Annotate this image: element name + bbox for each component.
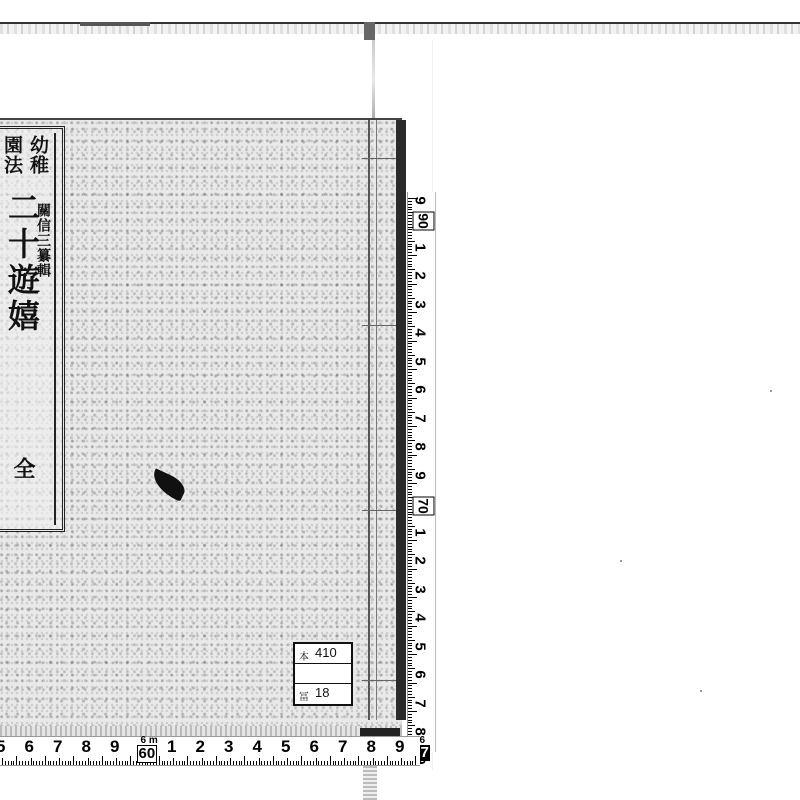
- ruler-tick: [107, 761, 108, 765]
- ruler-tick: [68, 761, 69, 765]
- ruler-tick: [281, 761, 282, 765]
- ruler-tick: [250, 761, 251, 765]
- ruler-tick: [221, 761, 222, 765]
- ruler-tick: [408, 292, 412, 293]
- ruler-tick: [179, 761, 180, 765]
- ruler-tick: [324, 761, 325, 765]
- title-subtitle-right: 幼稚: [28, 135, 47, 175]
- ruler-number: 7: [338, 737, 347, 757]
- ruler-tick: [408, 725, 415, 726]
- ruler-tick: [113, 761, 114, 765]
- ruler-tick: [355, 761, 356, 765]
- ruler-tick: [344, 758, 345, 765]
- ruler-tick: [253, 761, 254, 765]
- ruler-tick: [278, 761, 279, 765]
- ruler-number: 4: [412, 328, 429, 336]
- ruler-tick: [333, 761, 334, 765]
- ruler-tick: [116, 758, 117, 765]
- ruler-tick: [408, 440, 415, 441]
- ruler-tick: [207, 761, 208, 765]
- ruler-tick: [408, 537, 412, 538]
- ruler-tick: [408, 654, 417, 655]
- ruler-number: 3: [412, 585, 429, 593]
- ruler-tick: [408, 549, 412, 550]
- ruler-number: 7: [412, 414, 429, 422]
- ruler-tick: [2, 758, 3, 765]
- ruler-tick: [408, 269, 415, 270]
- ruler-tick: [408, 298, 415, 299]
- binding-stitch: [362, 325, 398, 326]
- ruler-meter-box: 70: [413, 497, 435, 516]
- ruler-tick: [298, 761, 299, 765]
- ruler-tick: [408, 520, 412, 521]
- binding-line: [368, 120, 370, 720]
- ruler-number: 1: [167, 737, 176, 757]
- ruler-tick: [408, 241, 415, 242]
- ruler-tick: [408, 284, 417, 285]
- ruler-tick: [133, 761, 134, 765]
- ruler-tick: [412, 761, 413, 765]
- ruler-tick: [199, 761, 200, 765]
- ruler-tick: [415, 756, 416, 765]
- binding-stitch: [362, 158, 398, 159]
- ruler-tick: [239, 761, 240, 765]
- ruler-number: 9: [110, 737, 119, 757]
- ruler-tick: [408, 232, 412, 233]
- ruler-tick: [22, 761, 23, 765]
- ruler-tick: [159, 756, 160, 765]
- ruler-tick: [216, 756, 217, 765]
- ruler-tick: [408, 500, 412, 501]
- ruler-tick: [408, 238, 412, 239]
- ruler-tick: [408, 546, 412, 547]
- ruler-tick: [408, 668, 415, 669]
- ruler-tick: [408, 423, 412, 424]
- ruler-tick: [105, 761, 106, 765]
- ruler-tick: [408, 372, 412, 373]
- ruler-number: 2: [412, 556, 429, 564]
- ruler-tick: [408, 569, 417, 570]
- label-border-line: [54, 133, 56, 525]
- ruler-tick: [408, 594, 412, 595]
- ruler-tick: [408, 323, 412, 324]
- ruler-tick: [316, 758, 317, 765]
- stamp-value: 410: [315, 645, 337, 660]
- ruler-tick: [267, 761, 268, 765]
- cover-bottom-edge: [0, 726, 402, 736]
- ruler-tick: [408, 503, 412, 504]
- ruler-tick: [350, 761, 351, 765]
- ruler-tick: [264, 761, 265, 765]
- ruler-number: 6: [412, 670, 429, 678]
- ruler-tick: [408, 457, 412, 458]
- ruler-number: 4: [253, 737, 262, 757]
- ruler-tick: [50, 761, 51, 765]
- scan-speck: [770, 390, 772, 392]
- ruler-tick: [410, 761, 411, 765]
- ruler-tick: [408, 235, 412, 236]
- ruler-tick: [56, 761, 57, 765]
- ruler-tick: [408, 543, 412, 544]
- ruler-tick: [82, 761, 83, 765]
- ruler-number: 1: [412, 528, 429, 536]
- ruler-tick: [204, 761, 205, 765]
- ruler-tick: [392, 761, 393, 765]
- ruler-tick: [408, 343, 412, 344]
- ruler-tick: [408, 492, 412, 493]
- ruler-tick: [219, 761, 220, 765]
- ruler-tick: [102, 756, 103, 765]
- ruler-tick: [170, 761, 171, 765]
- ruler-tick: [408, 583, 415, 584]
- ruler-tick: [408, 651, 412, 652]
- ruler-tick: [408, 318, 412, 319]
- ruler-tick: [341, 761, 342, 765]
- ruler-tick: [318, 761, 319, 765]
- ruler-number: 1: [412, 243, 429, 251]
- ruler-tick: [270, 761, 271, 765]
- ruler-tick: [42, 761, 43, 765]
- ruler-tick: [408, 657, 412, 658]
- ruler-tick: [330, 756, 331, 765]
- ruler-number: 9: [412, 471, 429, 479]
- stamp-row-2: [295, 664, 351, 684]
- ruler-tick: [408, 665, 412, 666]
- ruler-tick: [335, 761, 336, 765]
- ruler-tick: [259, 758, 260, 765]
- binding-stitch: [362, 680, 398, 681]
- ruler-tick: [28, 761, 29, 765]
- ruler-tick: [85, 761, 86, 765]
- ruler-tick: [408, 580, 412, 581]
- ruler-tick: [8, 761, 9, 765]
- ruler-tick: [230, 758, 231, 765]
- ruler-tick: [190, 761, 191, 765]
- ruler-tick: [408, 366, 412, 367]
- ruler-tick: [408, 380, 412, 381]
- ruler-tick: [233, 761, 234, 765]
- ruler-tick: [408, 403, 412, 404]
- ruler-tick: [408, 395, 412, 396]
- ruler-tick: [70, 761, 71, 765]
- stamp-row-1: 本 410: [295, 644, 351, 664]
- ruler-tick: [408, 437, 412, 438]
- bottom-tab: [360, 728, 400, 736]
- ruler-tick: [16, 756, 17, 765]
- ruler-tick: [358, 756, 359, 765]
- ruler-tick: [408, 600, 412, 601]
- ruler-tick: [408, 685, 412, 686]
- ruler-tick: [202, 758, 203, 765]
- ruler-tick: [293, 761, 294, 765]
- ruler-number: 6: [25, 737, 34, 757]
- clip-line: [372, 40, 375, 120]
- ruler-tick: [45, 756, 46, 765]
- ruler-tick: [408, 355, 415, 356]
- ruler-tick: [408, 452, 412, 453]
- ruler-tick: [408, 714, 412, 715]
- ruler-tick: [408, 640, 415, 641]
- ruler-number: 6: [310, 737, 319, 757]
- ruler-tick: [408, 711, 417, 712]
- ruler-tick: [408, 341, 417, 342]
- ruler-tick: [227, 761, 228, 765]
- ruler-tick: [90, 761, 91, 765]
- ruler-tick: [408, 611, 415, 612]
- ruler-tick: [122, 761, 123, 765]
- scan-speck: [620, 560, 622, 562]
- ruler-tick: [88, 758, 89, 765]
- ruler-tick: [408, 717, 412, 718]
- ruler-tick: [408, 281, 412, 282]
- ruler-tick: [119, 761, 120, 765]
- ruler-tick: [304, 761, 305, 765]
- ruler-tick: [408, 321, 412, 322]
- ruler-tick: [127, 761, 128, 765]
- ruler-tick: [408, 466, 412, 467]
- ruler-tick: [408, 608, 412, 609]
- ruler-tick: [290, 761, 291, 765]
- ruler-tick: [173, 758, 174, 765]
- ruler-tick: [73, 756, 74, 765]
- ruler-tick: [408, 494, 412, 495]
- horizontal-ruler: 567896 m6012345678967: [0, 736, 420, 766]
- ruler-tick: [408, 628, 412, 629]
- ruler-tick: [276, 761, 277, 765]
- ruler-number: 5: [0, 737, 5, 757]
- ruler-tick: [79, 761, 80, 765]
- ruler-tick: [384, 761, 385, 765]
- ruler-tick: [287, 758, 288, 765]
- ruler-tick: [110, 761, 111, 765]
- ruler-tick: [408, 215, 412, 216]
- ruler-meter-box: 7: [420, 745, 430, 761]
- ruler-tick: [408, 483, 417, 484]
- library-stamp: 本 410 冨 18: [293, 642, 353, 706]
- ruler-tick: [408, 338, 412, 339]
- ruler-tick: [407, 761, 408, 765]
- ruler-tick: [408, 688, 412, 689]
- ruler-tick: [390, 761, 391, 765]
- ruler-tick: [408, 264, 412, 265]
- ruler-meter-box: 90: [413, 212, 435, 231]
- vertical-ruler: 99012345678970123456789: [407, 192, 436, 752]
- ruler-number: 9: [412, 196, 429, 204]
- ruler-tick: [408, 261, 412, 262]
- ruler-tick: [36, 761, 37, 765]
- ruler-tick: [408, 295, 412, 296]
- ruler-tick: [193, 761, 194, 765]
- ruler-tick: [408, 489, 412, 490]
- ruler-tick: [48, 761, 49, 765]
- ruler-number: 5: [281, 737, 290, 757]
- ruler-tick: [408, 229, 412, 230]
- ruler-tick: [408, 252, 412, 253]
- ruler-tick: [408, 603, 412, 604]
- ruler-tick: [408, 346, 412, 347]
- ruler-tick: [408, 722, 412, 723]
- bottom-clip-stub: [363, 765, 377, 800]
- ruler-tick: [408, 400, 412, 401]
- ruler-tick: [408, 266, 412, 267]
- ruler-tick: [408, 509, 412, 510]
- ruler-tick: [296, 761, 297, 765]
- ruler-tick: [273, 756, 274, 765]
- ruler-tick: [241, 761, 242, 765]
- ruler-tick: [408, 455, 417, 456]
- ruler-number: 5: [412, 642, 429, 650]
- ruler-tick: [408, 289, 412, 290]
- stamp-row-3: 冨 18: [295, 684, 351, 703]
- stamp-value: 18: [315, 685, 329, 700]
- ruler-tick: [408, 486, 412, 487]
- ruler-tick: [408, 286, 412, 287]
- ruler-tick: [5, 761, 6, 765]
- ruler-tick: [93, 761, 94, 765]
- ruler-tick: [261, 761, 262, 765]
- ruler-tick: [130, 756, 131, 765]
- ruler-tick: [301, 756, 302, 765]
- ruler-tick: [408, 623, 412, 624]
- ruler-tick: [408, 694, 412, 695]
- ruler-tick: [408, 258, 412, 259]
- ruler-tick: [408, 708, 412, 709]
- ruler-meter-box: 60: [137, 745, 158, 763]
- ruler-tick: [11, 761, 12, 765]
- ruler-number: 8: [367, 737, 376, 757]
- ruler-tick: [408, 312, 417, 313]
- ruler-tick: [213, 761, 214, 765]
- ruler-tick: [162, 761, 163, 765]
- ruler-tick: [408, 326, 415, 327]
- ruler-number: 4: [412, 613, 429, 621]
- ruler-tick: [408, 551, 412, 552]
- ruler-number: 2: [196, 737, 205, 757]
- ruler-tick: [210, 761, 211, 765]
- ruler-tick: [408, 597, 417, 598]
- ruler-tick: [31, 758, 32, 765]
- ruler-number: 9: [395, 737, 404, 757]
- ruler-tick: [408, 517, 412, 518]
- ruler-tick: [408, 523, 412, 524]
- ruler-tick: [373, 758, 374, 765]
- binding-line: [376, 120, 377, 720]
- ruler-tick: [236, 761, 237, 765]
- ruler-tick: [401, 758, 402, 765]
- ruler-tick: [408, 375, 412, 376]
- ruler-tick: [13, 761, 14, 765]
- ruler-tick: [408, 606, 412, 607]
- ruler-number: 3: [224, 737, 233, 757]
- ruler-tick: [387, 756, 388, 765]
- ruler-tick: [284, 761, 285, 765]
- stamp-key: 冨: [299, 688, 309, 703]
- ruler-tick: [408, 378, 412, 379]
- ruler-tick: [408, 506, 412, 507]
- ruler-tick: [408, 426, 417, 427]
- ruler-tick: [408, 369, 417, 370]
- ruler-tick: [408, 255, 417, 256]
- ruler-tick: [39, 761, 40, 765]
- ruler-tick: [408, 469, 415, 470]
- ruler-number: 6: [412, 385, 429, 393]
- ruler-tick: [408, 309, 412, 310]
- ruler-tick: [99, 761, 100, 765]
- ruler-number: 8: [82, 737, 91, 757]
- ruler-tick: [307, 761, 308, 765]
- ruler-tick: [361, 761, 362, 765]
- volume-mark: 全: [12, 457, 34, 479]
- ruler-tick: [408, 554, 415, 555]
- ruler-tick: [196, 761, 197, 765]
- ruler-tick: [408, 207, 412, 208]
- ruler-tick: [381, 761, 382, 765]
- ruler-tick: [164, 761, 165, 765]
- ruler-tick: [408, 540, 417, 541]
- ruler-tick: [408, 663, 412, 664]
- ruler-tick: [176, 761, 177, 765]
- ruler-tick: [408, 566, 412, 567]
- ruler-tick: [408, 460, 412, 461]
- ruler-tick: [408, 224, 412, 225]
- ruler-number: 8: [412, 442, 429, 450]
- ruler-tick: [33, 761, 34, 765]
- ruler-tick: [167, 761, 168, 765]
- ruler-tick: [408, 435, 412, 436]
- ruler-tick: [404, 761, 405, 765]
- ruler-tick: [19, 761, 20, 765]
- ruler-tick: [256, 761, 257, 765]
- main-title: 二十遊嬉: [6, 191, 38, 335]
- ruler-tick: [408, 432, 412, 433]
- ruler-tick: [408, 429, 412, 430]
- ruler-number: 2: [412, 271, 429, 279]
- ruler-tick: [378, 761, 379, 765]
- ruler-tick: [370, 761, 371, 765]
- ruler-tick: [96, 761, 97, 765]
- ruler-tick: [408, 660, 412, 661]
- ruler-tick: [310, 761, 311, 765]
- ruler-tick: [408, 218, 412, 219]
- top-edge-shadow: [80, 22, 150, 26]
- ruler-tick: [408, 574, 412, 575]
- ruler-tick: [408, 409, 412, 410]
- ruler-tick: [408, 209, 412, 210]
- ruler-tick: [408, 412, 415, 413]
- ruler-tick: [408, 720, 412, 721]
- ruler-tick: [65, 761, 66, 765]
- ruler-tick: [408, 634, 412, 635]
- ruler-tick: [247, 761, 248, 765]
- ruler-tick: [224, 761, 225, 765]
- ruler-tick: [313, 761, 314, 765]
- clip-strip: [364, 22, 375, 40]
- ruler-tick: [244, 756, 245, 765]
- binding-stitch: [362, 510, 398, 511]
- title-subtitle-left: 園法: [2, 135, 21, 175]
- ruler-tick: [408, 463, 412, 464]
- ruler-number: 3: [412, 300, 429, 308]
- ruler-tick: [408, 383, 415, 384]
- ruler-tick: [25, 761, 26, 765]
- ruler-tick: [367, 761, 368, 765]
- ruler-tick: [408, 571, 412, 572]
- ruler-tick: [364, 761, 365, 765]
- ruler-tick: [408, 352, 412, 353]
- ruler-tick: [408, 626, 417, 627]
- ruler-tick: [375, 761, 376, 765]
- ruler-tick: [408, 631, 412, 632]
